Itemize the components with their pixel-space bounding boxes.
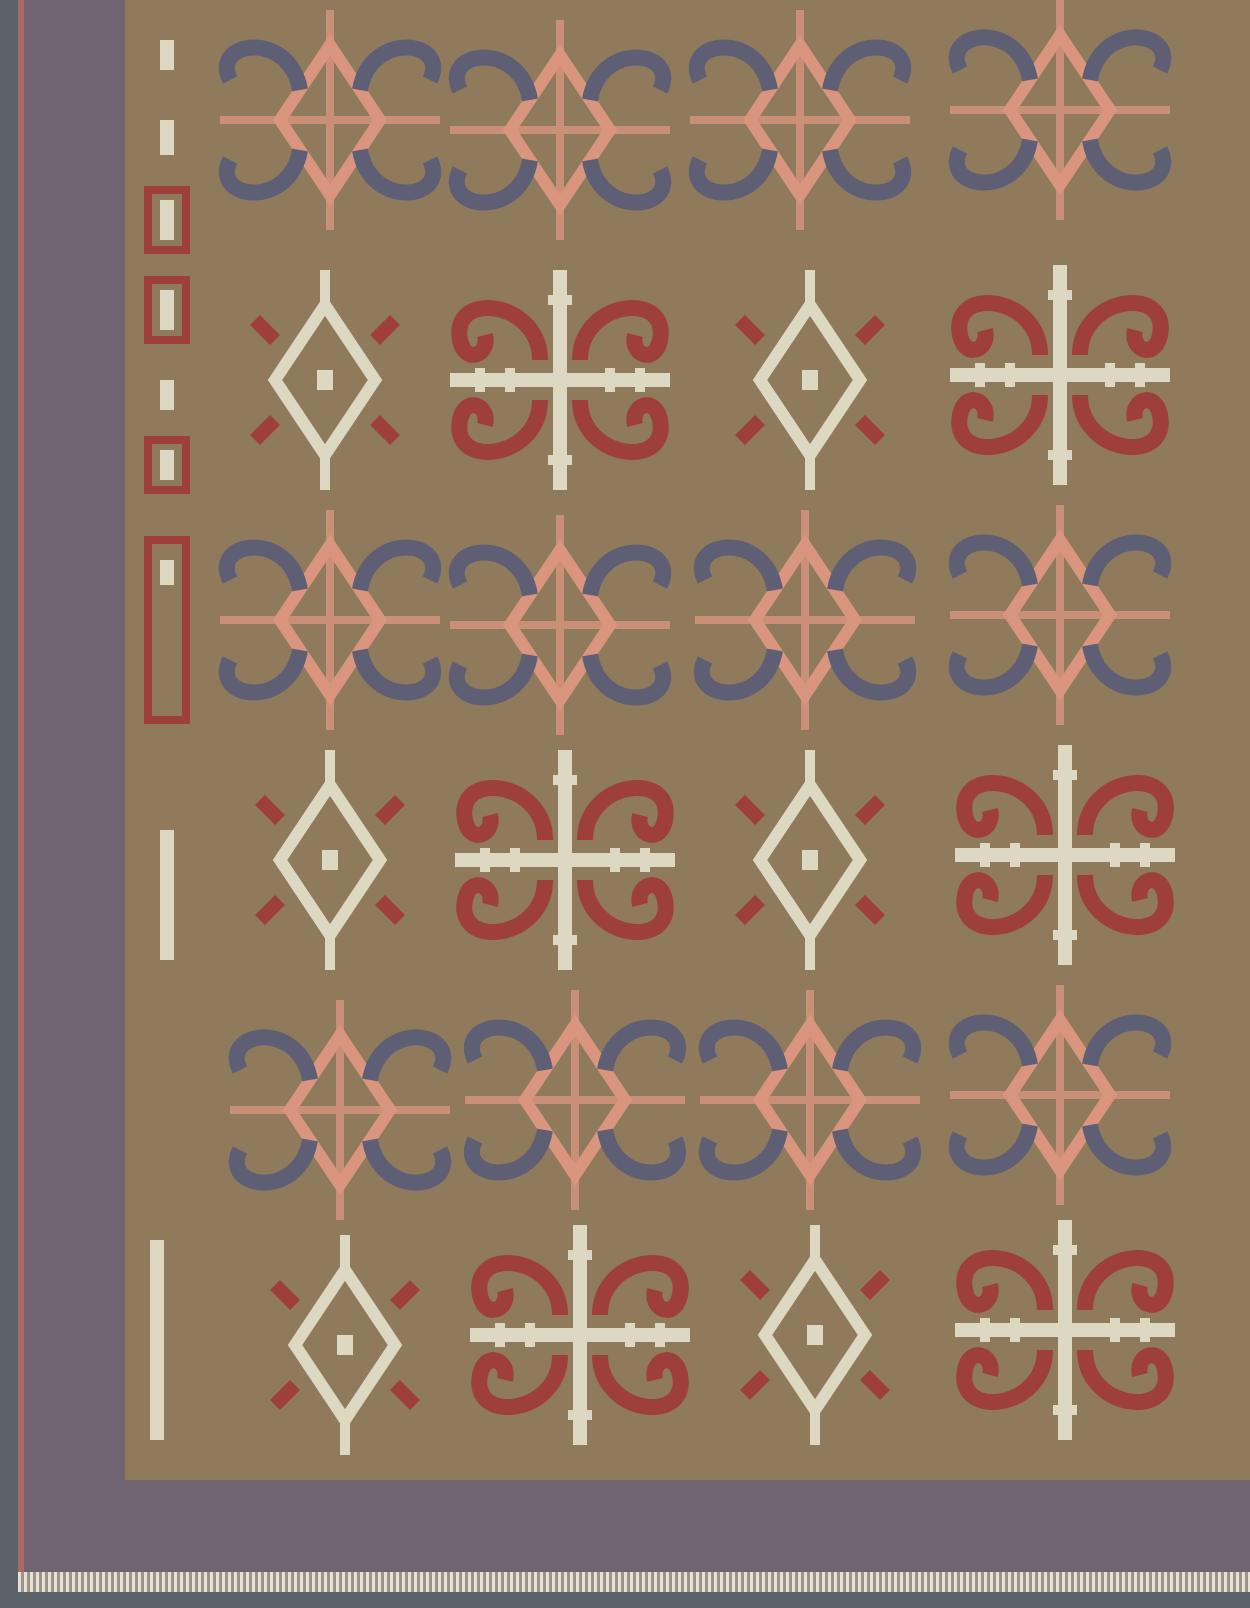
rug-motifs: [0, 0, 1250, 1608]
